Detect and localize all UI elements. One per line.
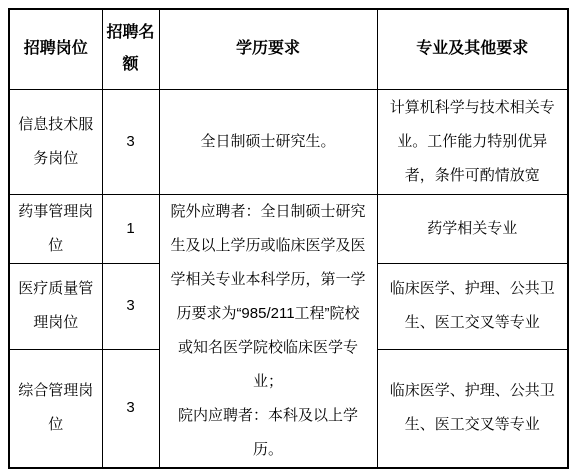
table-row: 药事管理岗位 1 院外应聘者：全日制硕士研究生及以上学历或临床医学及医学相关专业… (9, 194, 568, 263)
cell-quota: 3 (102, 89, 159, 194)
cell-education: 全日制硕士研究生。 (159, 89, 377, 194)
cell-major: 药学相关专业 (377, 194, 568, 263)
education-paragraph-internal: 院内应聘者：本科及以上学历。 (170, 399, 367, 467)
cell-position: 综合管理岗位 (9, 349, 102, 467)
cell-quota: 3 (102, 263, 159, 349)
education-paragraph-external: 院外应聘者：全日制硕士研究生及以上学历或临床医学及医学相关专业本科学历，第一学历… (170, 195, 367, 399)
table-row: 信息技术服务岗位 3 全日制硕士研究生。 计算机科学与技术相关专业。工作能力特别… (9, 89, 568, 194)
cell-major: 临床医学、护理、公共卫生、医工交叉等专业 (377, 349, 568, 467)
cell-position: 信息技术服务岗位 (9, 89, 102, 194)
page: 招聘岗位 招聘名额 学历要求 专业及其他要求 信息技术服务岗位 3 全日制硕士研… (0, 0, 575, 473)
cell-major: 计算机科学与技术相关专业。工作能力特别优异者，条件可酌情放宽 (377, 89, 568, 194)
cell-quota: 1 (102, 194, 159, 263)
header-quota: 招聘名额 (102, 9, 159, 89)
recruitment-table: 招聘岗位 招聘名额 学历要求 专业及其他要求 信息技术服务岗位 3 全日制硕士研… (8, 8, 569, 469)
cell-position: 药事管理岗位 (9, 194, 102, 263)
header-education: 学历要求 (159, 9, 377, 89)
cell-quota: 3 (102, 349, 159, 467)
header-major: 专业及其他要求 (377, 9, 568, 89)
table-header-row: 招聘岗位 招聘名额 学历要求 专业及其他要求 (9, 9, 568, 89)
header-position: 招聘岗位 (9, 9, 102, 89)
cell-education-merged: 院外应聘者：全日制硕士研究生及以上学历或临床医学及医学相关专业本科学历，第一学历… (159, 194, 377, 468)
cell-major: 临床医学、护理、公共卫生、医工交叉等专业 (377, 263, 568, 349)
cell-position: 医疗质量管理岗位 (9, 263, 102, 349)
